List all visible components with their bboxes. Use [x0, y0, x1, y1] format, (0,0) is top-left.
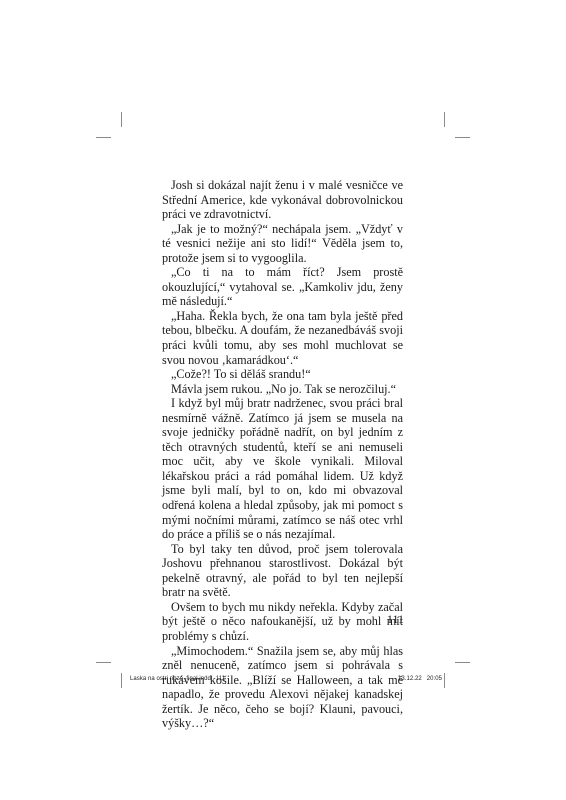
paragraph: „Mimochodem.“ Snažila jsem se, aby můj h…	[162, 644, 403, 731]
paragraph: „Haha. Řekla bych, že ona tam byla ještě…	[162, 309, 403, 367]
crop-mark-bottom-left-horizontal	[96, 662, 111, 663]
book-page: Josh si dokázal najít ženu i v malé vesn…	[0, 0, 566, 800]
slug-time: 20:05	[427, 676, 442, 682]
paragraph: I když byl můj bratr nadrženec, svou prá…	[162, 396, 403, 541]
paragraph: Ovšem to bych mu nikdy neřekla. Kdyby za…	[162, 600, 403, 644]
slug-timestamp: 13.12.2220:05	[398, 676, 440, 682]
paragraph: Josh si dokázal najít ženu i v malé vesn…	[162, 178, 403, 222]
page-number: 111	[384, 612, 404, 627]
crop-mark-bottom-right-vertical	[444, 673, 445, 688]
crop-mark-top-left-horizontal	[96, 137, 111, 138]
paragraph: „Co ti na to mám říct? Jsem prostě okouz…	[162, 265, 403, 309]
paragraph: To byl taky ten důvod, proč jsem tolerov…	[162, 542, 403, 600]
paragraph: „Cože?! To si děláš srandu!“	[162, 367, 403, 382]
crop-mark-top-left-vertical	[121, 112, 122, 127]
paragraph: Mávla jsem rukou. „No jo. Tak se nerozči…	[162, 382, 403, 397]
slug-page: 111	[216, 676, 225, 682]
slug-date: 13.12.22	[398, 676, 422, 682]
slug-filename: Laska na ostri noze_final.indd	[130, 676, 211, 682]
slug-file-info: Laska na ostri noze_final.indd111	[130, 676, 225, 682]
paragraph: „Jak je to možný?“ nechápala jsem. „Vždy…	[162, 222, 403, 266]
crop-mark-top-right-horizontal	[455, 137, 470, 138]
body-text: Josh si dokázal najít ženu i v malé vesn…	[162, 178, 403, 731]
crop-mark-bottom-left-vertical	[121, 673, 122, 688]
crop-mark-top-right-vertical	[444, 112, 445, 127]
crop-mark-bottom-right-horizontal	[455, 662, 470, 663]
